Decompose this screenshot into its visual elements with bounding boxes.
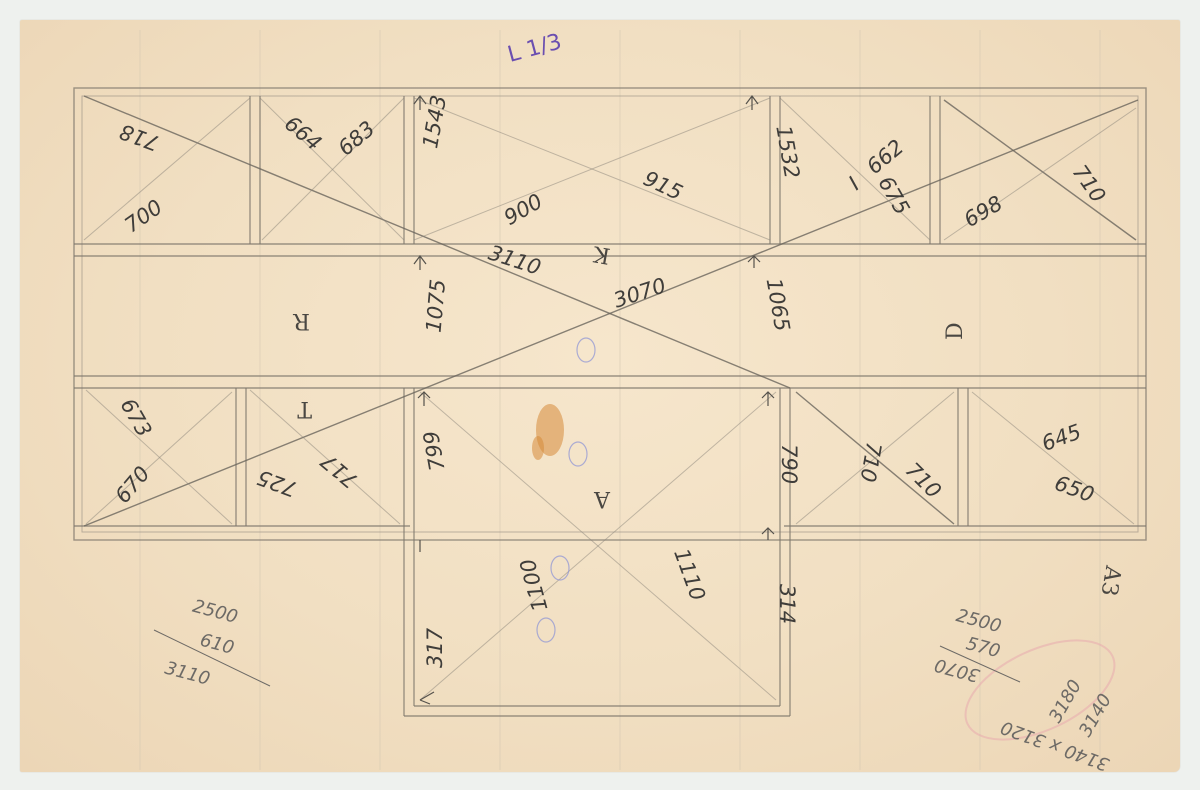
- room-label-a: A: [593, 486, 611, 511]
- scanned-sheet: L 1/3 718 700 664 683 1543 1532 900 915 …: [0, 0, 1200, 790]
- dim-bottom-center-left-upper: 799: [419, 429, 450, 473]
- calc-rotated-line2: 3140: [1075, 690, 1116, 740]
- dim-bottom-center-left-lower: 317: [423, 627, 447, 668]
- room-label-d: D: [943, 322, 968, 340]
- dim-long-diagonal-ascending: 3070: [611, 273, 669, 312]
- dim-top-center-diag-left: 900: [500, 189, 547, 230]
- dim-top-center-right-height: 1532: [771, 124, 804, 181]
- dim-top-left-1-long: 718: [116, 119, 162, 155]
- calc-right-line1: 2500: [954, 605, 1004, 637]
- calc-right-result: 3070: [932, 654, 982, 686]
- dim-bottom-center-right-upper: 790: [777, 444, 801, 484]
- dim-bottom-center-right-lower: 314: [775, 584, 799, 624]
- calc-left-line1: 2500: [190, 596, 240, 628]
- calc-note-left: 2500 610 3110: [154, 596, 270, 690]
- room-label-i: I: [844, 172, 864, 194]
- room-label-r: R: [292, 308, 310, 333]
- dim-top-right-1-b: 675: [873, 172, 914, 219]
- dim-middle-left-height: 1075: [422, 278, 451, 333]
- calc-note-right: 2500 570 3070: [932, 605, 1020, 686]
- dim-top-right-1-a: 662: [862, 135, 908, 179]
- room-label-t: T: [297, 396, 312, 421]
- dim-top-center-diag-right: 915: [640, 166, 686, 205]
- dim-top-left-2-a: 664: [280, 111, 326, 155]
- dim-bottom-right-1-b: 710: [901, 458, 946, 503]
- stain-marks: [532, 338, 1129, 760]
- calc-left-result: 3110: [163, 658, 213, 690]
- dim-bottom-left-2-a: 725: [254, 465, 300, 501]
- corner-sheet-mark: АЗ: [1095, 563, 1125, 597]
- dim-bottom-right-2-a: 645: [1039, 420, 1085, 456]
- dim-bottom-left-1-a: 673: [116, 394, 157, 441]
- dim-bottom-center-diag-a: 1100: [515, 556, 552, 614]
- dim-middle-right-height: 1065: [762, 276, 795, 333]
- dimension-arrows: [414, 96, 774, 704]
- calc-right-line2: 570: [964, 633, 1003, 662]
- dim-bottom-center-diag-b: 1110: [669, 545, 710, 603]
- dim-top-left-1-short: 700: [120, 195, 167, 238]
- sheet-index-mark: L 1/3: [505, 30, 564, 68]
- dim-top-right-2-a: 698: [960, 191, 1007, 232]
- calc-left-line2: 610: [198, 630, 237, 659]
- floor-plan-sketch: L 1/3 718 700 664 683 1543 1532 900 915 …: [0, 0, 1200, 790]
- dim-top-left-2-b: 683: [333, 116, 379, 160]
- calc-rotated-line1: 3180: [1045, 676, 1086, 726]
- dim-bottom-right-2-b: 650: [1051, 471, 1097, 507]
- dim-top-right-2-b: 710: [1068, 160, 1111, 207]
